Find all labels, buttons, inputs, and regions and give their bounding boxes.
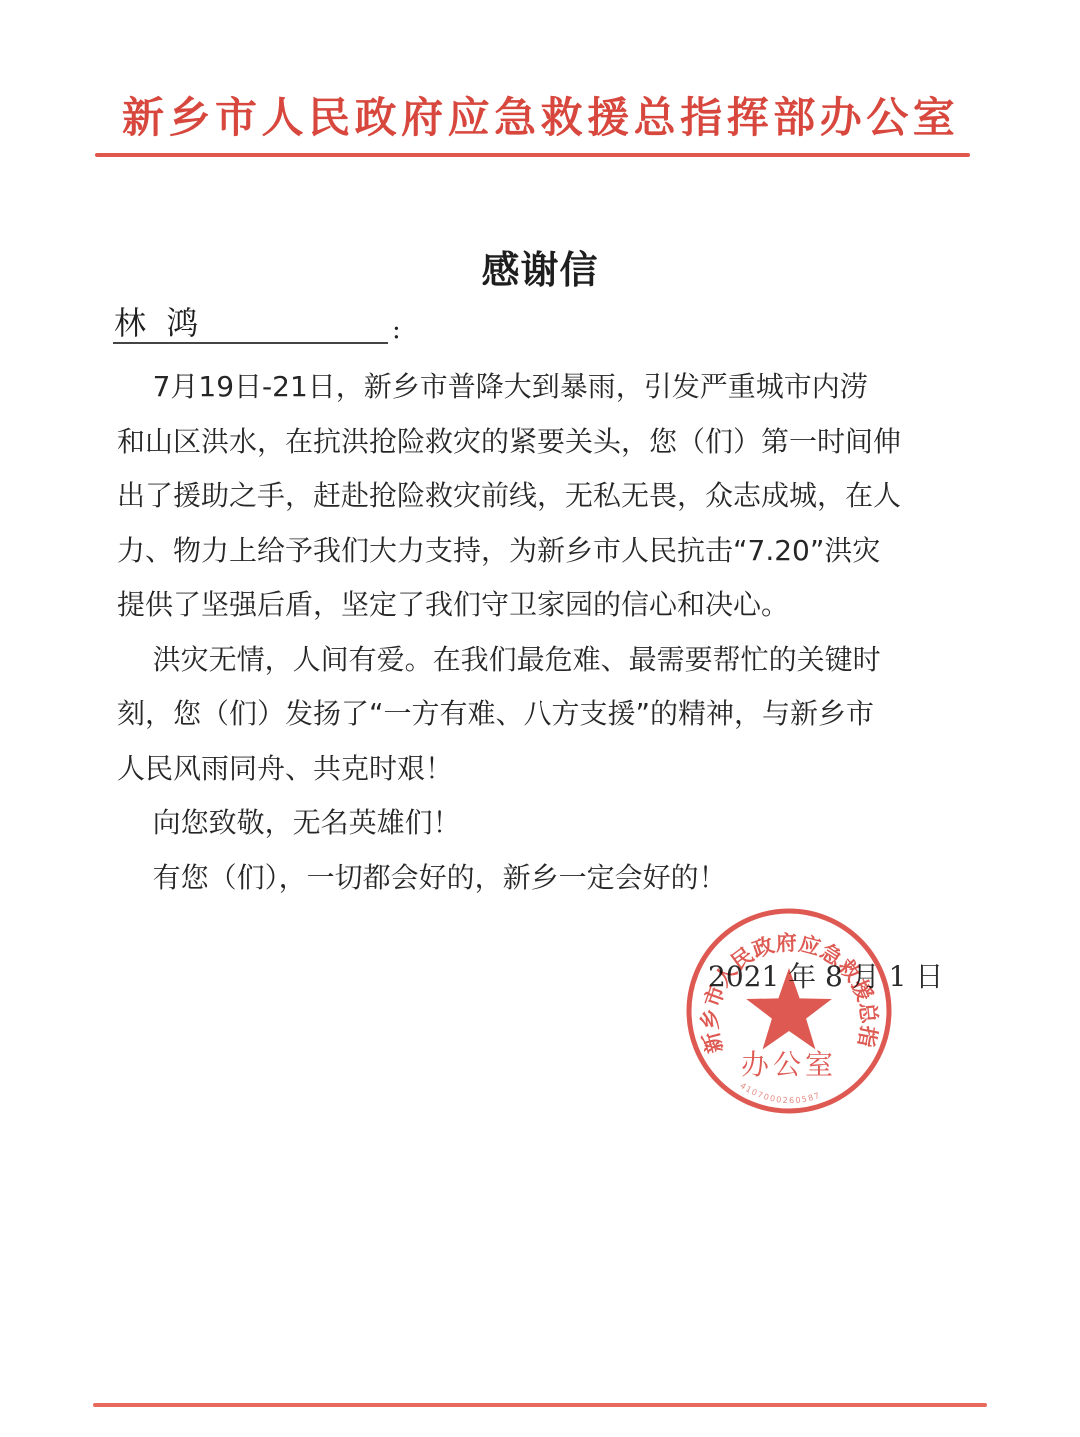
body-line: 力、物力上给予我们大力支持，为新乡市人民抗击“7.20”洪灾 [117, 524, 977, 579]
letterhead-char: 公 [866, 88, 908, 148]
letterhead-char: 指 [680, 88, 722, 148]
body-line: 提供了坚强后盾，坚定了我们守卫家园的信心和决心。 [117, 578, 977, 633]
footer-rule [93, 1403, 987, 1407]
body-line: 刻，您（们）发扬了“一方有难、八方支援”的精神，与新乡市 [117, 687, 977, 742]
body-line: 7月19日-21日，新乡市普降大到暴雨，引发严重城市内涝 [117, 360, 977, 415]
letterhead-org-name: 新乡市人民政府应急救援总指挥部办公室 [95, 88, 975, 148]
letterhead-char: 救 [541, 88, 583, 148]
letterhead-char: 援 [587, 88, 629, 148]
letterhead-char: 急 [494, 88, 536, 148]
body-line: 出了援助之手，赶赴抢险救灾前线，无私无畏，众志成城，在人 [117, 469, 977, 524]
letterhead-rule [95, 153, 970, 157]
seal-center-text: 办公室 [741, 1048, 837, 1081]
recipient-underline [113, 342, 388, 344]
letterhead-char: 新 [122, 88, 164, 148]
letterhead-char: 府 [401, 88, 443, 148]
letterhead-char: 室 [913, 88, 955, 148]
document-title: 感谢信 [0, 245, 1080, 295]
letterhead-char: 办 [820, 88, 862, 148]
body-line: 有您（们），一切都会好的，新乡一定会好的！ [117, 851, 977, 906]
official-seal: 新乡市人民政府应急救援总指挥部 办公室 4107000260587 [684, 906, 894, 1116]
letterhead-char: 挥 [727, 88, 769, 148]
letterhead-char: 人 [262, 88, 304, 148]
seal-graphic: 新乡市人民政府应急救援总指挥部 办公室 4107000260587 [684, 906, 894, 1116]
body-line: 人民风雨同舟、共克时艰！ [117, 742, 977, 797]
letterhead-char: 总 [634, 88, 676, 148]
letterhead-char: 市 [215, 88, 257, 148]
letterhead-char: 部 [773, 88, 815, 148]
body-line: 和山区洪水，在抗洪抢险救灾的紧要关头，您（们）第一时间伸 [117, 415, 977, 470]
salutation-colon: : [392, 312, 401, 348]
recipient-name: 林 鸿 [114, 303, 198, 343]
letterhead-char: 民 [308, 88, 350, 148]
body-line: 洪灾无情，人间有爱。在我们最危难、最需要帮忙的关键时 [117, 633, 977, 688]
body-line: 向您致敬，无名英雄们！ [117, 796, 977, 851]
salutation: 林 鸿 : [112, 300, 412, 348]
letterhead-char: 应 [448, 88, 490, 148]
letterhead-char: 乡 [169, 88, 211, 148]
letterhead-char: 政 [355, 88, 397, 148]
star-icon [746, 968, 832, 1049]
letter-body: 7月19日-21日，新乡市普降大到暴雨，引发严重城市内涝 和山区洪水，在抗洪抢险… [117, 360, 977, 905]
